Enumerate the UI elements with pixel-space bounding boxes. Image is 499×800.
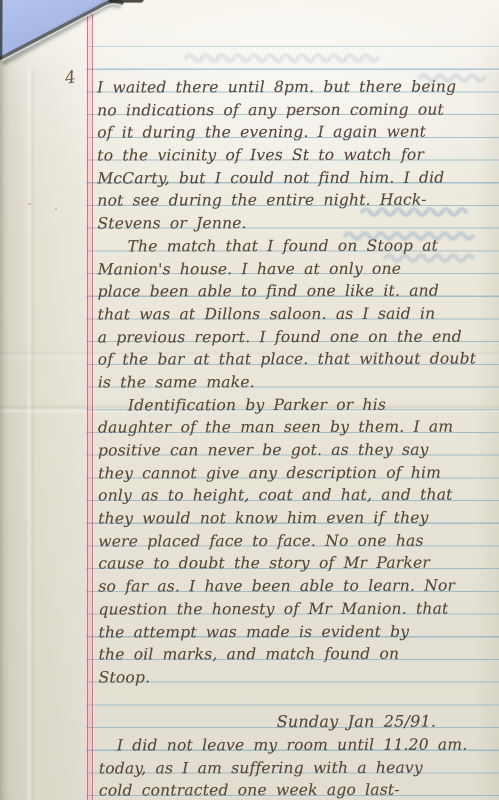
manuscript-line: positive can never be got. as they say bbox=[98, 438, 494, 462]
manuscript-line: only as to height, coat and hat, and tha… bbox=[98, 483, 494, 507]
manuscript-line: cold contracted one week ago last- bbox=[99, 778, 495, 800]
paper-speck bbox=[55, 208, 57, 210]
manuscript-line: the oil marks, and match found on bbox=[99, 642, 495, 666]
manuscript-line: a previous report. I found one on the en… bbox=[98, 325, 494, 349]
manuscript-line: the attempt was made is evident by bbox=[98, 619, 494, 643]
manuscript-line: I did not leave my room until 11.20 am. bbox=[99, 733, 495, 757]
manuscript-line: Identification by Parker or his bbox=[98, 393, 494, 417]
manuscript-line: I waited there until 8pm. but there bein… bbox=[97, 75, 493, 99]
manuscript-line: is the same make. bbox=[98, 370, 494, 394]
manuscript-date-heading: Sunday Jan 25/91. bbox=[99, 710, 495, 734]
scanned-journal-page: 4 I waited there until 8pm. but there be… bbox=[0, 0, 499, 800]
manuscript-line: to the vicinity of Ives St to watch for bbox=[97, 143, 493, 167]
manuscript-line: daughter of the man seen by them. I am bbox=[98, 415, 494, 439]
manuscript-line: of the bar at that place. that without d… bbox=[98, 347, 494, 371]
red-margin-line bbox=[87, 0, 94, 800]
paper-crease bbox=[26, 70, 35, 800]
manuscript-line: not see during the entire night. Hack- bbox=[97, 188, 493, 212]
manuscript-line-blank bbox=[99, 688, 495, 712]
manuscript-line: Stoop. bbox=[99, 665, 495, 689]
manuscript-line: no indications of any person coming out bbox=[97, 98, 493, 122]
manuscript-line: McCarty, but I could not find him. I did bbox=[97, 166, 493, 190]
manuscript-line: they cannot give any description of him bbox=[98, 461, 494, 485]
manuscript-line: that was at Dillons saloon. as I said in bbox=[98, 302, 494, 326]
manuscript-line: cause to doubt the story of Mr Parker bbox=[98, 551, 494, 575]
manuscript-line: The match that I found on Stoop at bbox=[97, 234, 493, 258]
scan-edge-sliver bbox=[108, 0, 144, 3]
manuscript-line: Stevens or Jenne. bbox=[97, 211, 493, 235]
manuscript-line: were placed face to face. No one has bbox=[98, 529, 494, 553]
manuscript-line: so far as. I have been able to learn. No… bbox=[98, 574, 494, 598]
manuscript-line: of it during the evening. I again went bbox=[97, 120, 493, 144]
page-left-edge-shadow bbox=[0, 0, 9, 800]
manuscript-line: Manion's house. I have at only one bbox=[98, 256, 494, 280]
folded-corner bbox=[0, 0, 150, 75]
scan-edge-sliver bbox=[0, 0, 3, 60]
manuscript-line: question the honesty of Mr Manion. that bbox=[98, 597, 494, 621]
manuscript-line: place been able to find one like it. and bbox=[98, 279, 494, 303]
manuscript-line: today, as I am suffering with a heavy bbox=[99, 756, 495, 780]
manuscript-text-block: I waited there until 8pm. but there bein… bbox=[97, 75, 495, 800]
paper-speck bbox=[28, 203, 31, 205]
manuscript-line: they would not know him even if they bbox=[98, 506, 494, 530]
